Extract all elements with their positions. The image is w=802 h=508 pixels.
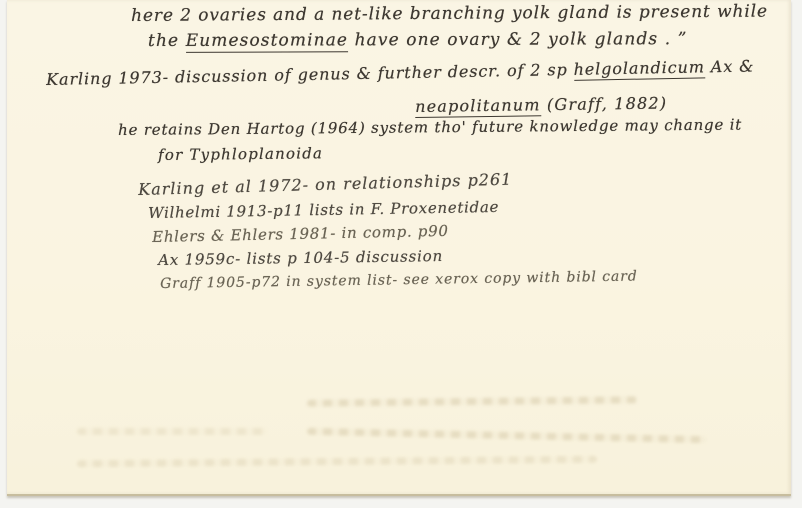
underlined-species-name: helgolandicum [573,57,705,81]
line-text: Wilhelmi 1913-p11 lists in F. Proxenetid… [148,198,499,222]
line-text: (Graff, 1882) [541,93,668,114]
underlined-species-name: neapolitanum [415,95,541,118]
line-text: Ax 1959c- lists p 104-5 discussion [158,247,443,269]
line-text: Graff 1905-p72 in system list- see xerox… [160,268,638,291]
handwritten-line: Ehlers & Ehlers 1981- in comp. p90 [152,222,449,246]
handwritten-line: the Eumesostominae have one ovary & 2 yo… [148,29,688,51]
handwritten-line: Karling et al 1972- on relationships p26… [138,170,513,199]
handwritten-line: Karling 1973- discussion of genus & furt… [46,56,754,89]
line-text: he retains Den Hartog (1964) system tho'… [118,116,742,139]
line-text: for Typhloplanoida [158,144,323,164]
line-text: Ax & [705,56,755,76]
handwritten-line: Ax 1959c- lists p 104-5 discussion [158,247,443,269]
handwritten-line: neapolitanum (Graff, 1882) [415,93,667,116]
line-text: Karling 1973- discussion of genus & furt… [46,60,574,89]
ink-bleed-through [307,396,637,406]
line-text: Ehlers & Ehlers 1981- in comp. p90 [152,222,449,246]
line-text: Karling et al 1972- on relationships p26… [138,170,513,199]
line-text: here 2 ovaries and a net-like branching … [131,2,768,26]
handwritten-line: Wilhelmi 1913-p11 lists in F. Proxenetid… [148,198,499,222]
line-text: have one ovary & 2 yolk glands . ” [348,29,688,50]
ink-bleed-through [77,456,597,468]
handwritten-line: here 2 ovaries and a net-like branching … [131,2,768,26]
handwritten-line: he retains Den Hartog (1964) system tho'… [118,116,742,139]
underlined-taxon-name: Eumesostominae [186,30,348,53]
line-text: the [148,31,186,51]
ink-bleed-through [77,428,267,435]
handwritten-line: for Typhloplanoida [158,144,323,164]
ink-bleed-through [307,428,707,443]
index-card: here 2 ovaries and a net-like branching … [7,0,791,496]
handwritten-line: Graff 1905-p72 in system list- see xerox… [160,268,638,291]
scanned-page: here 2 ovaries and a net-like branching … [0,0,802,508]
